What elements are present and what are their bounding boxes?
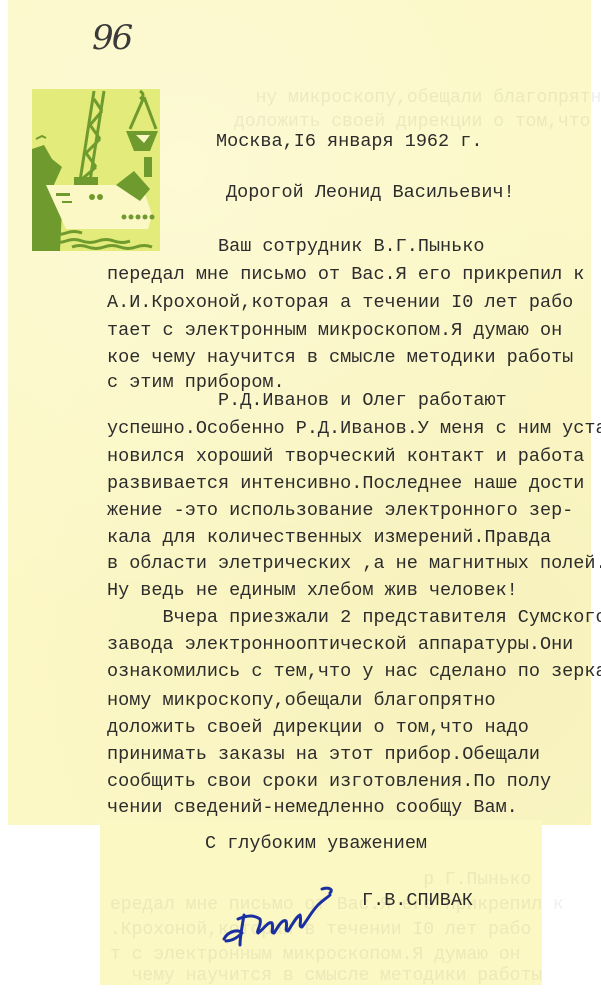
body-line: принимать заказы на этот прибор.Обещали: [107, 744, 540, 765]
body-line: в области элетрических ,а не магнитных п…: [107, 553, 601, 574]
body-line: доложить своей дирекции о том,что надо: [107, 717, 529, 738]
body-line: Ну ведь не единым хлебом жив человек!: [107, 580, 518, 601]
body-line: развивается интенсивно.Последнее наше до…: [107, 473, 584, 494]
handwritten-signature-icon: [218, 875, 338, 955]
port-crane-logo-icon: [32, 89, 160, 251]
body-line: Вчера приезжали 2 представителя Сумского: [107, 607, 601, 628]
body-line: кое чему научится в смысле методики рабо…: [107, 347, 573, 368]
body-line: ному микроскопу,обещали благопрятно: [107, 690, 496, 711]
body-line: жение -это использование электронного зе…: [107, 500, 573, 521]
show-through-text: ну микроскопу,обещали благопрятно: [180, 88, 601, 108]
body-line: Р.Д.Иванов и Олег работают: [107, 390, 507, 411]
letter-closing: С глубоким уважением: [205, 833, 427, 854]
body-line: тает с электронным микроскопом.Я думаю о…: [107, 320, 562, 341]
body-line: завода электроннооптической аппаратуры.О…: [107, 634, 573, 655]
body-line: передал мне письмо от Вас.Я его прикрепи…: [107, 264, 584, 285]
body-line: ознакомились с тем,что у нас сделано по …: [107, 661, 601, 682]
letter-greeting: Дорогой Леонид Васильевич!: [226, 182, 515, 203]
body-line: Ваш сотрудник В.Г.Пынько: [107, 236, 484, 257]
body-line: новился хороший творческий контакт и раб…: [107, 446, 584, 467]
body-line: успешно.Особенно Р.Д.Иванов.У меня с ним…: [107, 418, 601, 439]
body-line: сообщить свои сроки изготовления.По полу: [107, 771, 551, 792]
show-through-text: чему научится в смысле методики работы: [110, 966, 542, 986]
body-line: кала для количественных измерений.Правда: [107, 527, 551, 548]
page-number: 96: [92, 18, 131, 58]
letter-date-line: Москва,I6 января 1962 г.: [216, 131, 482, 152]
show-through-text: доложить своей дирекции о том,что надо: [180, 112, 601, 132]
signatory-name: Г.В.СПИВАК: [362, 890, 473, 911]
body-line: А.И.Крохоной,которая а течении I0 лет ра…: [107, 292, 573, 313]
body-line: чении сведений-немедленно сообщу Вам.: [107, 797, 518, 818]
